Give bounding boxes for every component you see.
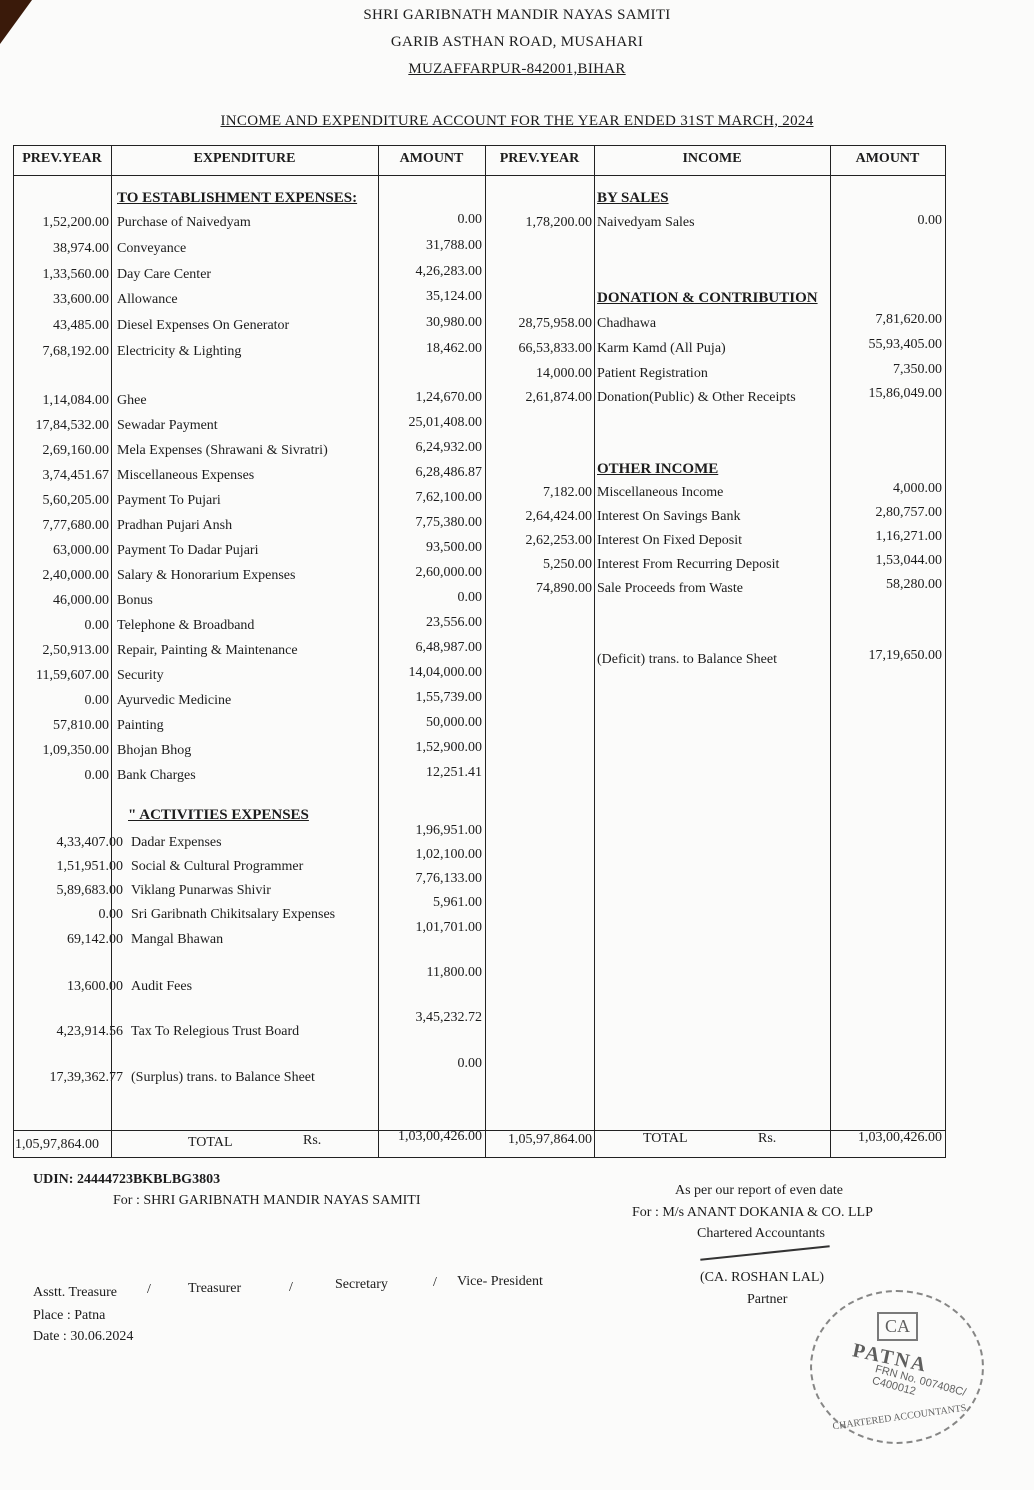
exp-item-label: Pradhan Pujari Ansh [117,518,232,534]
exp-amount-value: 50,000.00 [378,715,482,731]
inc-prev-year-value: 7,182.00 [485,485,592,501]
inc-amount-value: 2,80,757.00 [830,505,942,521]
exp-prev-year-value: 2,69,160.00 [13,443,109,459]
exp-prev-year-value: 7,77,680.00 [13,518,109,534]
col-prev-year-inc: PREV.YEAR [485,151,594,167]
exp-amount-value: 12,251.41 [378,765,482,781]
exp-prev-year-value: 1,09,350.00 [13,743,109,759]
exp-prev-year-value: 2,50,913.00 [13,643,109,659]
exp-amount-value: 2,60,000.00 [378,565,482,581]
inc-prev-year-value: 2,61,874.00 [485,390,592,406]
exp-prev-year-value: 11,59,607.00 [13,668,109,684]
exp-amount-value: 30,980.00 [378,315,482,331]
sig-sep-2: / [289,1280,293,1296]
exp-item-label: Miscellaneous Expenses [117,468,254,484]
inc-prev-year-value: 14,000.00 [485,366,592,382]
inc-amount-value: 15,86,049.00 [830,386,942,402]
inc-amount-value: 7,350.00 [830,362,942,378]
exp-prev-year-value: 17,39,362.77 [13,1070,123,1086]
section-activities-expenses: " ACTIVITIES EXPENSES [128,807,309,824]
exp-item-label: Telephone & Broadband [117,618,254,634]
exp-item-label: Bonus [117,593,153,609]
exp-amount-value: 18,462.00 [378,341,482,357]
inc-total-amount: 1,03,00,426.00 [830,1130,942,1146]
exp-prev-year-value: 1,52,200.00 [13,215,109,231]
exp-prev-year-value: 0.00 [13,907,123,923]
section-by-sales: BY SALES [597,190,669,207]
exp-amount-value: 6,24,932.00 [378,440,482,456]
exp-item-label: Repair, Painting & Maintenance [117,643,298,659]
inc-item-label: Miscellaneous Income [597,485,723,501]
partner-name: (CA. ROSHAN LAL) [700,1270,824,1286]
inc-total-currency: Rs. [758,1131,776,1147]
exp-prev-year-value: 69,142.00 [13,932,123,948]
exp-item-label: Bank Charges [117,768,196,784]
inc-item-label: Chadhawa [597,316,656,332]
inc-prev-year-value: 2,64,424.00 [485,509,592,525]
exp-prev-year-value: 0.00 [13,618,109,634]
inc-amount-value: 4,000.00 [830,481,942,497]
exp-prev-year-value: 2,40,000.00 [13,568,109,584]
exp-prev-year-value: 5,60,205.00 [13,493,109,509]
income-expenditure-table: PREV.YEAR EXPENDITURE AMOUNT PREV.YEAR I… [13,145,946,1165]
exp-amount-value: 31,788.00 [378,238,482,254]
inc-prev-year-value: 2,62,253.00 [485,533,592,549]
exp-item-label: Sri Garibnath Chikitsalary Expenses [131,907,335,923]
exp-amount-value: 5,961.00 [378,895,482,911]
exp-prev-year-value: 1,51,951.00 [13,859,123,875]
inc-amount-value: 58,280.00 [830,577,942,593]
exp-item-label: Payment To Pujari [117,493,221,509]
exp-amount-value: 6,28,486.87 [378,465,482,481]
exp-item-label: Salary & Honorarium Expenses [117,568,295,584]
exp-prev-year-value: 4,23,914.56 [13,1024,123,1040]
exp-item-label: Purchase of Naivedyam [117,215,251,231]
for-org: For : SHRI GARIBNATH MANDIR NAYAS SAMITI [113,1193,421,1209]
signature-scribble [700,1245,829,1261]
inc-amount-value: 7,81,620.00 [830,312,942,328]
exp-amount-value: 7,76,133.00 [378,871,482,887]
inc-total-prev-year: 1,05,97,864.00 [485,1132,592,1148]
sig-vice-president: Vice- President [457,1274,543,1290]
exp-item-label: Audit Fees [131,979,192,995]
exp-item-label: Payment To Dadar Pujari [117,543,258,559]
col-expenditure: EXPENDITURE [111,151,378,167]
exp-amount-value: 3,45,232.72 [378,1010,482,1026]
exp-item-label: Ghee [117,393,147,409]
exp-item-label: Security [117,668,164,684]
inc-prev-year-value: 74,890.00 [485,581,592,597]
exp-item-label: Diesel Expenses On Generator [117,318,289,334]
sig-treasurer: Treasurer [188,1281,241,1297]
exp-total-currency: Rs. [303,1133,321,1149]
exp-total-prev-year: 1,05,97,864.00 [15,1137,99,1153]
exp-item-label: Day Care Center [117,267,211,283]
auditor-firm: For : M/s ANANT DOKANIA & CO. LLP [632,1205,873,1221]
inc-deficit-amount: 17,19,650.00 [830,648,942,664]
inc-item-label: Sale Proceeds from Waste [597,581,743,597]
exp-item-label: Painting [117,718,164,734]
exp-prev-year-value: 7,68,192.00 [13,344,109,360]
inc-item-label: Donation(Public) & Other Receipts [597,390,796,406]
exp-item-label: Social & Cultural Programmer [131,859,303,875]
org-city: MUZAFFARPUR-842001,BIHAR [0,61,1034,78]
exp-prev-year-value: 1,14,084.00 [13,393,109,409]
exp-prev-year-value: 57,810.00 [13,718,109,734]
inc-item-label: Karm Kamd (All Puja) [597,341,726,357]
exp-amount-value: 1,02,100.00 [378,847,482,863]
org-name: SHRI GARIBNATH MANDIR NAYAS SAMITI [0,7,1034,24]
exp-prev-year-value: 3,74,451.67 [13,468,109,484]
section-donation-contribution: DONATION & CONTRIBUTION [597,290,818,307]
exp-amount-value: 1,01,701.00 [378,920,482,936]
udin: UDIN: 24444723BKBLBG3803 [33,1172,220,1188]
inc-amount-value: 1,16,271.00 [830,529,942,545]
exp-amount-value: 0.00 [378,590,482,606]
statement-title: INCOME AND EXPENDITURE ACCOUNT FOR THE Y… [0,113,1034,130]
exp-amount-value: 35,124.00 [378,289,482,305]
exp-item-label: Electricity & Lighting [117,344,241,360]
col-amount-inc: AMOUNT [830,151,945,167]
inc-item-label: Patient Registration [597,366,708,382]
exp-amount-value: 25,01,408.00 [378,415,482,431]
sig-secretary: Secretary [335,1277,388,1293]
exp-prev-year-value: 1,33,560.00 [13,267,109,283]
stamp-ring-text: CHARTERED ACCOUNTANTS [832,1403,967,1433]
auditor-report-note: As per our report of even date [675,1183,843,1199]
exp-prev-year-value: 5,89,683.00 [13,883,123,899]
inc-item-label: Interest On Fixed Deposit [597,533,742,549]
exp-amount-value: 0.00 [378,1056,482,1072]
exp-prev-year-value: 13,600.00 [13,979,123,995]
inc-amount-value: 1,53,044.00 [830,553,942,569]
exp-item-label: Mela Expenses (Shrawani & Sivratri) [117,443,328,459]
exp-prev-year-value: 63,000.00 [13,543,109,559]
section-other-income: OTHER INCOME [597,461,718,478]
partner-title: Partner [747,1292,787,1308]
exp-amount-value: 23,556.00 [378,615,482,631]
exp-amount-value: 1,24,670.00 [378,390,482,406]
exp-amount-value: 4,26,283.00 [378,264,482,280]
col-prev-year-exp: PREV.YEAR [13,151,111,167]
exp-item-label: Conveyance [117,241,186,257]
inc-prev-year-value: 28,75,958.00 [485,316,592,332]
exp-item-label: Dadar Expenses [131,835,222,851]
exp-item-label: Allowance [117,292,178,308]
exp-amount-value: 11,800.00 [378,965,482,981]
exp-prev-year-value: 46,000.00 [13,593,109,609]
exp-prev-year-value: 33,600.00 [13,292,109,308]
exp-item-label: Ayurvedic Medicine [117,693,231,709]
exp-item-label: Sewadar Payment [117,418,218,434]
exp-amount-value: 1,55,739.00 [378,690,482,706]
sig-sep-1: / [147,1282,151,1298]
inc-prev-year-value: 66,53,833.00 [485,341,592,357]
exp-total-amount: 1,03,00,426.00 [378,1129,482,1145]
inc-total-label: TOTAL [643,1131,688,1147]
inc-prev-year-value: 1,78,200.00 [485,215,592,231]
auditor-firm-type: Chartered Accountants [697,1226,825,1242]
ca-stamp: CA PATNA FRN No. 007408C/ C400012 CHARTE… [810,1290,984,1444]
sig-asst-treasurer: Asstt. Treasure [33,1285,117,1301]
sig-sep-3: / [433,1275,437,1291]
exp-total-label: TOTAL [188,1135,233,1151]
exp-item-label: Tax To Relegious Trust Board [131,1024,299,1040]
section-establishment-expenses: TO ESTABLISHMENT EXPENSES: [117,190,357,207]
inc-item-label: Naivedyam Sales [597,215,695,231]
exp-amount-value: 1,52,900.00 [378,740,482,756]
inc-prev-year-value: 5,250.00 [485,557,592,573]
exp-amount-value: 7,75,380.00 [378,515,482,531]
exp-prev-year-value: 0.00 [13,768,109,784]
inc-amount-value: 0.00 [830,213,942,229]
exp-item-label: Mangal Bhawan [131,932,223,948]
inc-item-label: Interest On Savings Bank [597,509,740,525]
col-income: INCOME [594,151,830,167]
place: Place : Patna [33,1308,105,1324]
exp-item-label: (Surplus) trans. to Balance Sheet [131,1070,315,1086]
exp-prev-year-value: 43,485.00 [13,318,109,334]
inc-item-label: Interest From Recurring Deposit [597,557,779,573]
exp-amount-value: 6,48,987.00 [378,640,482,656]
exp-amount-value: 0.00 [378,212,482,228]
exp-prev-year-value: 4,33,407.00 [13,835,123,851]
exp-prev-year-value: 17,84,532.00 [13,418,109,434]
exp-amount-value: 93,500.00 [378,540,482,556]
ca-logo: CA [877,1312,918,1341]
exp-item-label: Bhojan Bhog [117,743,191,759]
org-address: GARIB ASTHAN ROAD, MUSAHARI [0,34,1034,51]
inc-deficit-label: (Deficit) trans. to Balance Sheet [597,652,777,668]
date: Date : 30.06.2024 [33,1329,133,1345]
inc-amount-value: 55,93,405.00 [830,337,942,353]
exp-amount-value: 7,62,100.00 [378,490,482,506]
col-amount-exp: AMOUNT [378,151,485,167]
exp-amount-value: 14,04,000.00 [378,665,482,681]
exp-prev-year-value: 38,974.00 [13,241,109,257]
exp-amount-value: 1,96,951.00 [378,823,482,839]
exp-prev-year-value: 0.00 [13,693,109,709]
exp-item-label: Viklang Punarwas Shivir [131,883,271,899]
